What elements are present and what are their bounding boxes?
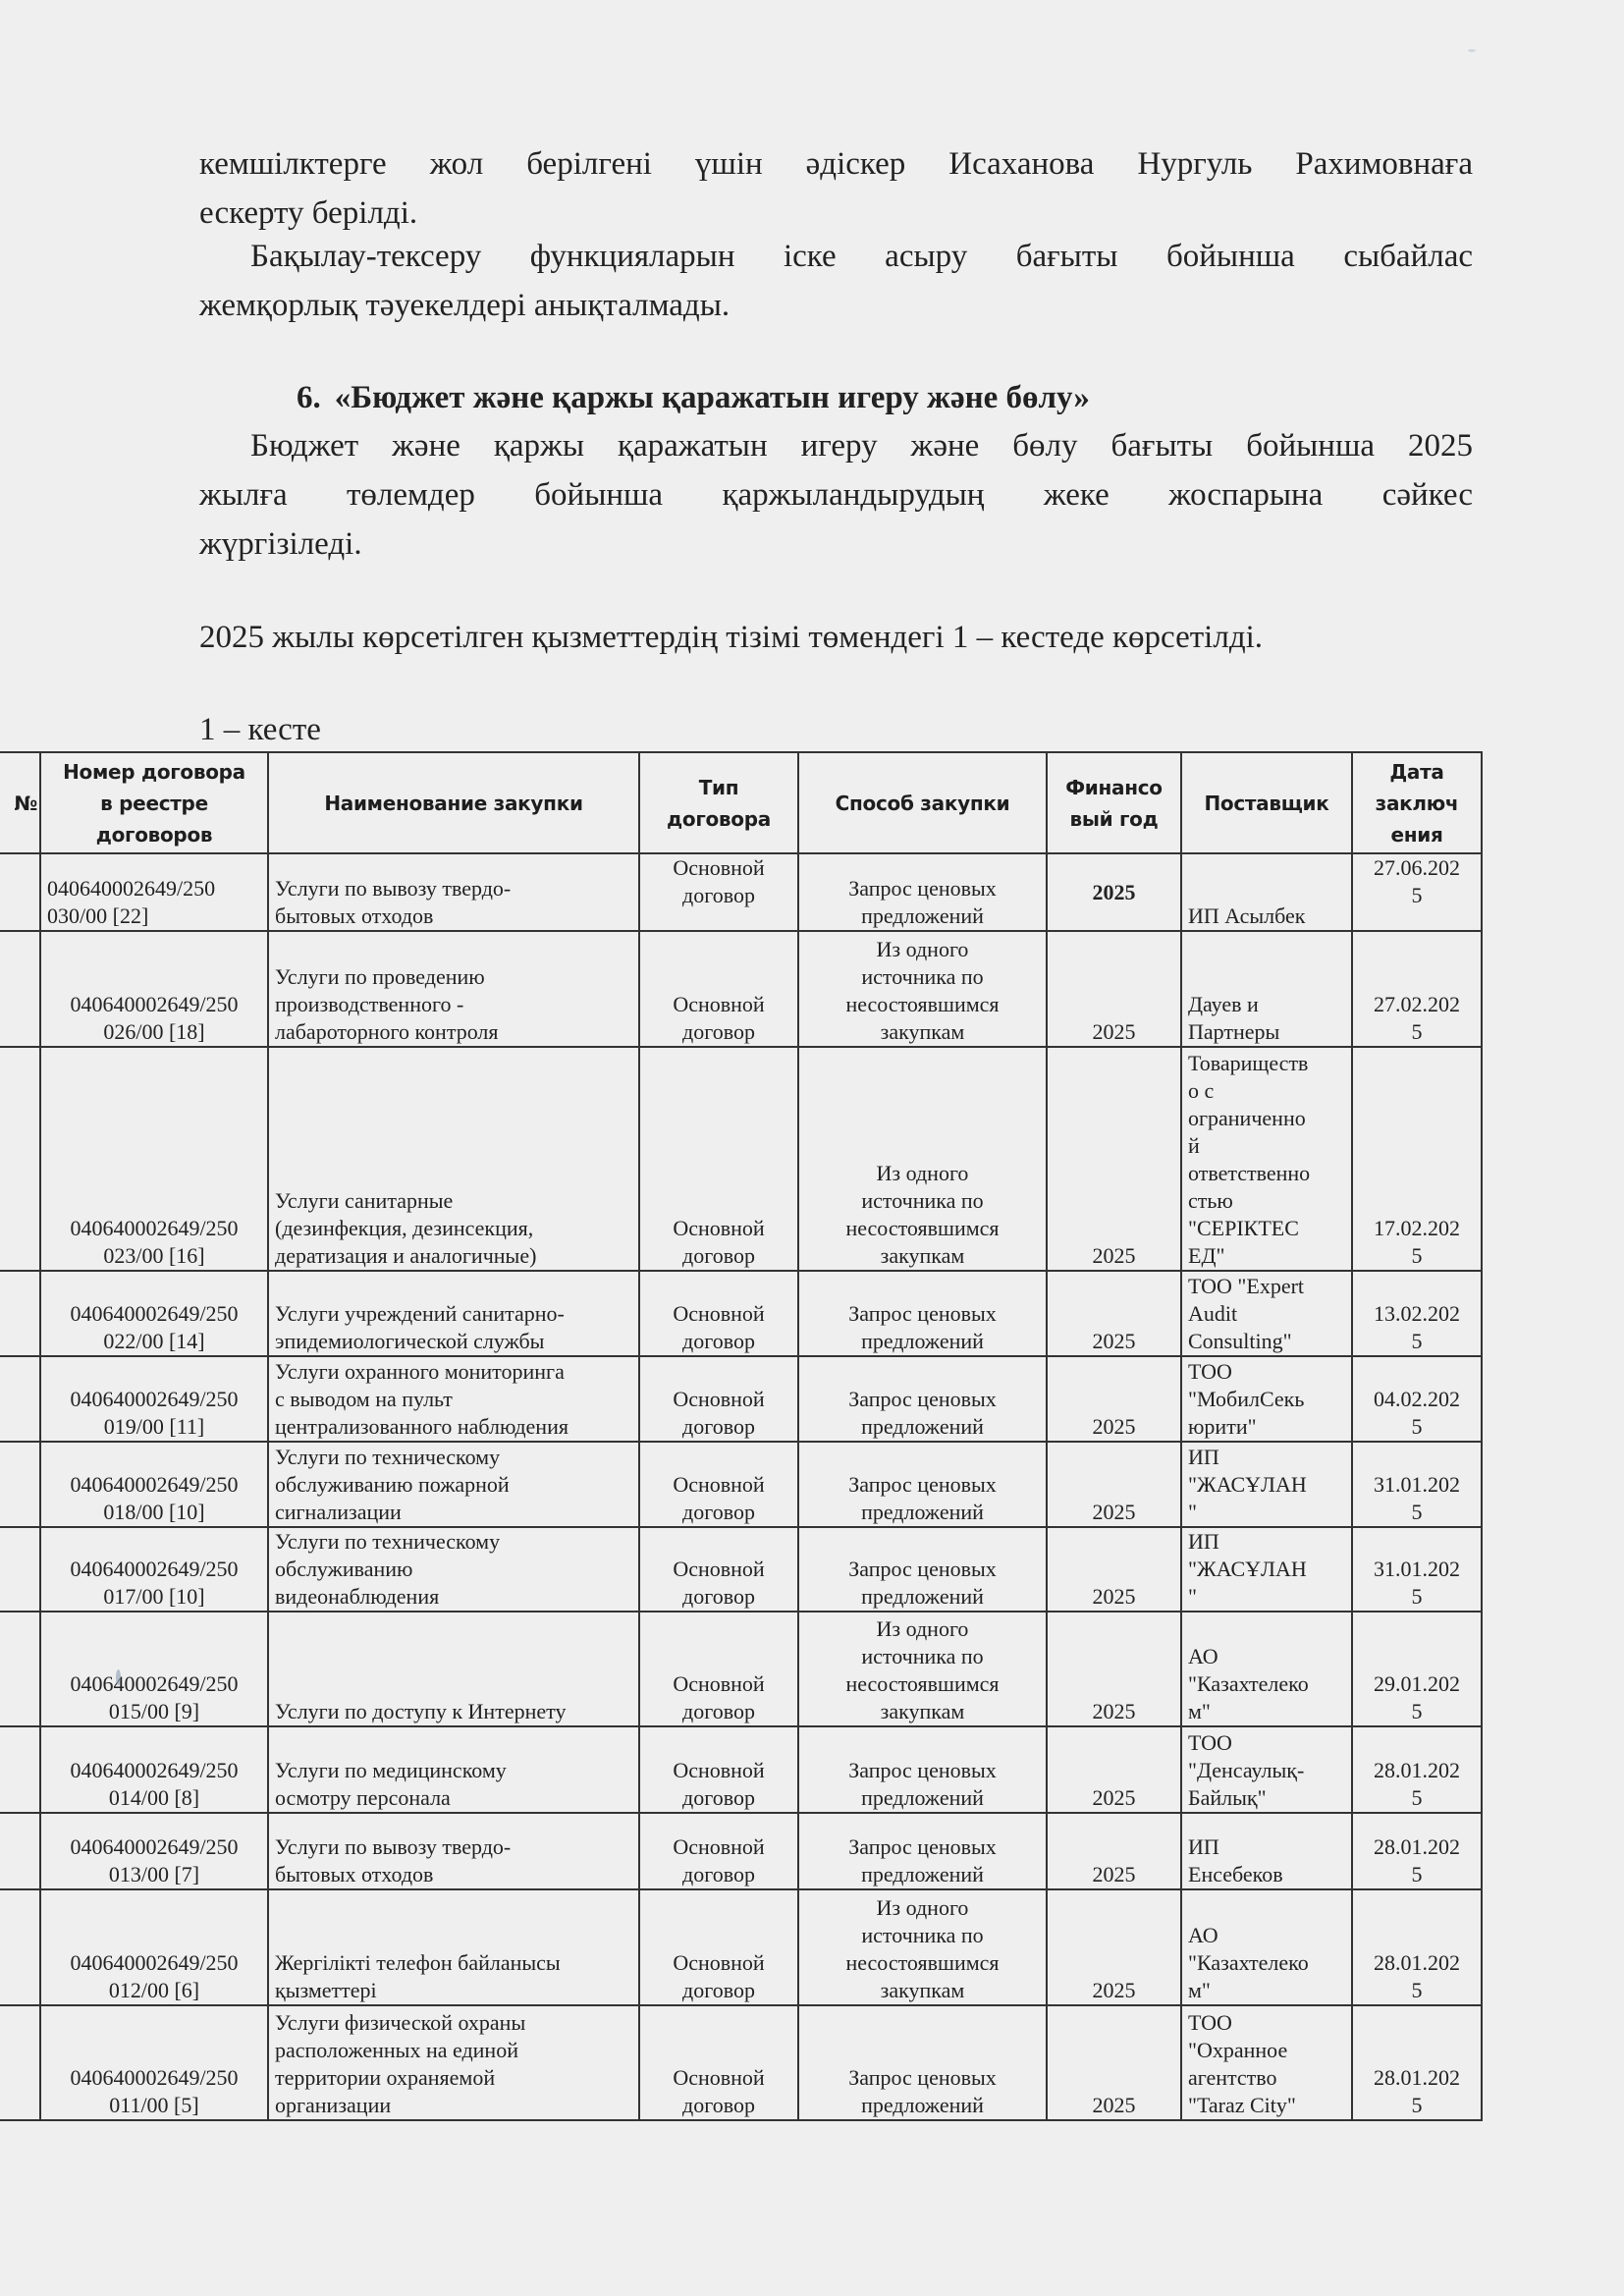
cell-purchase-name-text: организации xyxy=(275,2092,632,2119)
cell-purchase-method-text: несостоявшимся xyxy=(805,991,1040,1018)
header-fiscal-year: Финансовый год xyxy=(1047,752,1181,853)
cell-contract-number: 040640002649/250013/00 [7] xyxy=(40,1813,268,1889)
cell-purchase-name-text: лабароторного контроля xyxy=(275,1018,632,1046)
cell-supplier-text: ЕД" xyxy=(1188,1242,1345,1270)
cell-purchase-method-text: Из одного xyxy=(805,1894,1040,1922)
cell-contract-number: 040640002649/250026/00 [18] xyxy=(40,931,268,1047)
cell-purchase-method-text: закупкам xyxy=(805,1698,1040,1725)
header-line: Номер договора xyxy=(47,756,261,788)
header-purchase-name: Наименование закупки xyxy=(268,752,639,853)
cell-contract-type-text: договор xyxy=(646,882,791,909)
cell-contract-type-text: договор xyxy=(646,1583,791,1611)
header-line: вый год xyxy=(1054,803,1174,835)
cell-purchase-method-text: несостоявшимся xyxy=(805,1949,1040,1977)
cell-fiscal-year: 2025 xyxy=(1047,931,1181,1047)
cell-contract-number: 040640002649/250017/00 [10] xyxy=(40,1527,268,1612)
cell-conclusion-date-text: 5 xyxy=(1359,1698,1475,1725)
cell-purchase-method-text: источника по xyxy=(805,1187,1040,1215)
cell-conclusion-date-text: 5 xyxy=(1359,1861,1475,1888)
cell-purchase-name-text: бытовых отходов xyxy=(275,902,632,930)
cell-supplier-text: Товариществ xyxy=(1188,1050,1345,1077)
table-row: 040640002649/250022/00 [14]Услуги учрежд… xyxy=(0,1271,1482,1356)
cell-purchase-name: Услуги охранного мониторингас выводом на… xyxy=(268,1356,639,1442)
cell-supplier-text: стью xyxy=(1188,1187,1345,1215)
cell-purchase-name-text: Жергілікті телефон байланысы xyxy=(275,1949,632,1977)
cell-supplier-text: ИП Асылбек xyxy=(1188,902,1345,930)
cell-purchase-name-text: Услуги физической охраны xyxy=(275,2009,632,2037)
cell-purchase-name: Услуги санитарные(дезинфекция, дезинсекц… xyxy=(268,1047,639,1271)
cell-purchase-method: Запрос ценовыхпредложений xyxy=(798,1442,1047,1527)
cell-purchase-method-text: Запрос ценовых xyxy=(805,1471,1040,1499)
cell-contract-type: Основнойдоговор xyxy=(639,1442,798,1527)
cell-supplier-text: ТОО xyxy=(1188,1358,1345,1386)
cell-contract-type-text: договор xyxy=(646,1977,791,2004)
cell-contract-type-text: Основной xyxy=(646,1670,791,1698)
cell-no xyxy=(0,1813,40,1889)
cell-conclusion-date: 27.06.2025 xyxy=(1352,853,1482,931)
cell-purchase-method: Запрос ценовыхпредложений xyxy=(798,1527,1047,1612)
cell-contract-type: Основнойдоговор xyxy=(639,853,798,931)
cell-contract-number-text: 040640002649/250 xyxy=(47,991,261,1018)
cell-conclusion-date-text: 27.02.202 xyxy=(1359,991,1475,1018)
header-line: договора xyxy=(646,803,791,835)
section-title: «Бюджет және қаржы қаражатын игеру және … xyxy=(335,380,1090,415)
cell-purchase-name-text: Услуги по медицинскому xyxy=(275,1757,632,1784)
cell-supplier-text: Audit xyxy=(1188,1300,1345,1328)
cell-contract-type-text: Основной xyxy=(646,1386,791,1413)
cell-contract-number-text: 014/00 [8] xyxy=(47,1784,261,1812)
cell-conclusion-date-text: 27.06.202 xyxy=(1359,854,1475,882)
cell-purchase-method-text: несостоявшимся xyxy=(805,1215,1040,1242)
cell-contract-type-text: Основной xyxy=(646,1471,791,1499)
cell-conclusion-date-text: 29.01.202 xyxy=(1359,1670,1475,1698)
cell-no xyxy=(0,1047,40,1271)
header-line: договоров xyxy=(47,819,261,850)
cell-conclusion-date-text: 28.01.202 xyxy=(1359,1757,1475,1784)
cell-supplier: ТОО "ExpertAuditConsulting" xyxy=(1181,1271,1352,1356)
cell-purchase-name-text: видеонаблюдения xyxy=(275,1583,632,1611)
cell-conclusion-date-text: 28.01.202 xyxy=(1359,1833,1475,1861)
cell-purchase-method-text: несостоявшимся xyxy=(805,1670,1040,1698)
paragraph-budget-line-1: Бюджет және қаржы қаражатын игеру және б… xyxy=(199,421,1473,470)
cell-purchase-method: Запрос ценовыхпредложений xyxy=(798,1271,1047,1356)
cell-contract-type-text: договор xyxy=(646,1861,791,1888)
cell-fiscal-year: 2025 xyxy=(1047,1356,1181,1442)
cell-supplier-text: "Taraz City" xyxy=(1188,2092,1345,2119)
cell-contract-type-text: договор xyxy=(646,1784,791,1812)
cell-purchase-name: Жергілікті телефон байланысықызметтері xyxy=(268,1889,639,2005)
cell-contract-type-text: договор xyxy=(646,2092,791,2119)
cell-supplier: АО"Казахтелеком" xyxy=(1181,1889,1352,2005)
table-row: 040640002649/250030/00 [22]Услуги по выв… xyxy=(0,853,1482,931)
cell-contract-type: Основнойдоговор xyxy=(639,2005,798,2120)
cell-supplier: ТОО"Денсаулық-Байлық" xyxy=(1181,1726,1352,1813)
cell-purchase-name-text: Услуги по доступу к Интернету xyxy=(275,1698,632,1725)
cell-purchase-name: Услуги по техническомуобслуживаниювидеон… xyxy=(268,1527,639,1612)
cell-supplier-text: "СЕРІКТЕС xyxy=(1188,1215,1345,1242)
cell-conclusion-date-text: 5 xyxy=(1359,882,1475,909)
cell-purchase-name-text: с выводом на пульт xyxy=(275,1386,632,1413)
cell-purchase-name-text: обслуживанию пожарной xyxy=(275,1471,632,1499)
table-row: 040640002649/250018/00 [10]Услуги по тех… xyxy=(0,1442,1482,1527)
cell-supplier-text: Байлық" xyxy=(1188,1784,1345,1812)
cell-contract-type: Основнойдоговор xyxy=(639,1047,798,1271)
cell-purchase-method-text: Запрос ценовых xyxy=(805,2064,1040,2092)
cell-contract-type-text: договор xyxy=(646,1018,791,1046)
cell-conclusion-date-text: 04.02.202 xyxy=(1359,1386,1475,1413)
table-row: 040640002649/250019/00 [11]Услуги охранн… xyxy=(0,1356,1482,1442)
cell-conclusion-date: 28.01.2025 xyxy=(1352,1726,1482,1813)
cell-purchase-name-text: обслуживанию xyxy=(275,1556,632,1583)
table-row: 040640002649/250014/00 [8]Услуги по меди… xyxy=(0,1726,1482,1813)
table-row: 040640002649/250012/00 [6]Жергілікті тел… xyxy=(0,1889,1482,2005)
cell-conclusion-date: 28.01.2025 xyxy=(1352,1889,1482,2005)
header-line: в реестре xyxy=(47,788,261,819)
table-header-row: №Номер договорав реестредоговоровНаимено… xyxy=(0,752,1482,853)
cell-conclusion-date-text: 28.01.202 xyxy=(1359,1949,1475,1977)
cell-purchase-name-text: дератизация и аналогичные) xyxy=(275,1242,632,1270)
cell-purchase-method-text: Запрос ценовых xyxy=(805,1757,1040,1784)
cell-contract-type: Основнойдоговор xyxy=(639,1612,798,1726)
cell-contract-number: 040640002649/250012/00 [6] xyxy=(40,1889,268,2005)
cell-supplier: ИП"ЖАСҰЛАН" xyxy=(1181,1527,1352,1612)
cell-supplier-text: ТОО xyxy=(1188,2009,1345,2037)
cell-no xyxy=(0,1356,40,1442)
cell-conclusion-date-text: 5 xyxy=(1359,1242,1475,1270)
cell-fiscal-year: 2025 xyxy=(1047,1726,1181,1813)
cell-contract-type-text: Основной xyxy=(646,2064,791,2092)
cell-contract-number-text: 040640002649/250 xyxy=(47,1300,261,1328)
cell-contract-number-text: 040640002649/250 xyxy=(47,1471,261,1499)
cell-supplier: ИП"ЖАСҰЛАН" xyxy=(1181,1442,1352,1527)
cell-purchase-method: Из одногоисточника понесостоявшимсязакуп… xyxy=(798,931,1047,1047)
cell-contract-type: Основнойдоговор xyxy=(639,931,798,1047)
cell-contract-number-text: 011/00 [5] xyxy=(47,2092,261,2119)
cell-contract-number-text: 040640002649/250 xyxy=(47,1215,261,1242)
cell-supplier: ИП Асылбек xyxy=(1181,853,1352,931)
cell-fiscal-year-text: 2025 xyxy=(1054,1242,1174,1270)
cell-purchase-method: Запрос ценовыхпредложений xyxy=(798,2005,1047,2120)
cell-fiscal-year: 2025 xyxy=(1047,1612,1181,1726)
cell-contract-type-text: договор xyxy=(646,1413,791,1441)
cell-contract-type-text: договор xyxy=(646,1499,791,1526)
cell-contract-number: 040640002649/250023/00 [16] xyxy=(40,1047,268,1271)
cell-conclusion-date-text: 17.02.202 xyxy=(1359,1215,1475,1242)
cell-conclusion-date-text: 5 xyxy=(1359,2092,1475,2119)
cell-fiscal-year-text: 2025 xyxy=(1054,1328,1174,1355)
cell-contract-number: 040640002649/250030/00 [22] xyxy=(40,853,268,931)
cell-conclusion-date: 28.01.2025 xyxy=(1352,1813,1482,1889)
cell-purchase-name-text: Услуги санитарные xyxy=(275,1187,632,1215)
header-line: Способ закупки xyxy=(805,788,1040,819)
cell-fiscal-year-text: 2025 xyxy=(1054,1583,1174,1611)
cell-purchase-method-text: источника по xyxy=(805,1922,1040,1949)
cell-contract-type-text: Основной xyxy=(646,1556,791,1583)
cell-contract-type-text: Основной xyxy=(646,991,791,1018)
cell-conclusion-date-text: 5 xyxy=(1359,1583,1475,1611)
cell-purchase-method-text: Запрос ценовых xyxy=(805,1833,1040,1861)
cell-purchase-name-text: производственного - xyxy=(275,991,632,1018)
cell-supplier-text: "ЖАСҰЛАН xyxy=(1188,1556,1345,1583)
cell-no xyxy=(0,1271,40,1356)
cell-purchase-method-text: Из одного xyxy=(805,1615,1040,1643)
header-conclusion-date: Датазаключения xyxy=(1352,752,1482,853)
cell-supplier-text: й xyxy=(1188,1132,1345,1160)
header-contract-number: Номер договорав реестредоговоров xyxy=(40,752,268,853)
cell-contract-number-text: 040640002649/250 xyxy=(47,1670,261,1698)
cell-purchase-name-text: Услуги по проведению xyxy=(275,963,632,991)
cell-fiscal-year: 2025 xyxy=(1047,1813,1181,1889)
cell-supplier-text: "Казахтелеко xyxy=(1188,1670,1345,1698)
cell-purchase-method-text: Запрос ценовых xyxy=(805,875,1040,902)
cell-purchase-name: Услуги по вывозу твердо-бытовых отходов xyxy=(268,853,639,931)
cell-supplier: ИПЕнсебеков xyxy=(1181,1813,1352,1889)
cell-supplier-text: "Казахтелеко xyxy=(1188,1949,1345,1977)
cell-supplier-text: АО xyxy=(1188,1922,1345,1949)
cell-contract-number: 040640002649/250018/00 [10] xyxy=(40,1442,268,1527)
cell-purchase-name-text: қызметтері xyxy=(275,1977,632,2004)
cell-fiscal-year: 2025 xyxy=(1047,1442,1181,1527)
cell-purchase-name-text: Услуги по вывозу твердо- xyxy=(275,1833,632,1861)
cell-contract-number-text: 013/00 [7] xyxy=(47,1861,261,1888)
paragraph-risk-line-1: Бақылау-тексеру функцияларын іске асыру … xyxy=(199,232,1473,281)
cell-fiscal-year-text: 2025 xyxy=(1054,2092,1174,2119)
cell-contract-type: Основнойдоговор xyxy=(639,1813,798,1889)
header-line: Финансо xyxy=(1054,772,1174,803)
cell-purchase-method-text: закупкам xyxy=(805,1242,1040,1270)
cell-conclusion-date-text: 5 xyxy=(1359,1413,1475,1441)
cell-conclusion-date-text: 28.01.202 xyxy=(1359,2064,1475,2092)
cell-purchase-method-text: предложений xyxy=(805,1499,1040,1526)
cell-contract-number-text: 015/00 [9] xyxy=(47,1698,261,1725)
cell-purchase-method-text: Запрос ценовых xyxy=(805,1300,1040,1328)
cell-purchase-method-text: предложений xyxy=(805,1413,1040,1441)
cell-purchase-method-text: предложений xyxy=(805,1583,1040,1611)
cell-purchase-method-text: закупкам xyxy=(805,1018,1040,1046)
cell-conclusion-date-text: 31.01.202 xyxy=(1359,1556,1475,1583)
cell-supplier-text: Дауев и xyxy=(1188,991,1345,1018)
cell-contract-number-text: 040640002649/250 xyxy=(47,1386,261,1413)
cell-supplier: ТОО"МобилСекьюрити" xyxy=(1181,1356,1352,1442)
cell-supplier-text: юрити" xyxy=(1188,1413,1345,1441)
cell-supplier: ТОО"Охранноеагентство"Taraz City" xyxy=(1181,2005,1352,2120)
table-row: 040640002649/250011/00 [5]Услуги физичес… xyxy=(0,2005,1482,2120)
cell-purchase-name-text: расположенных на единой xyxy=(275,2037,632,2064)
cell-purchase-name: Услуги по медицинскомуосмотру персонала xyxy=(268,1726,639,1813)
cell-contract-type-text: договор xyxy=(646,1328,791,1355)
cell-contract-number-text: 040640002649/250 xyxy=(47,1833,261,1861)
cell-purchase-method-text: Из одного xyxy=(805,936,1040,963)
cell-fiscal-year-text: 2025 xyxy=(1054,1977,1174,2004)
cell-purchase-method-text: предложений xyxy=(805,1861,1040,1888)
cell-conclusion-date: 28.01.2025 xyxy=(1352,2005,1482,2120)
cell-contract-number: 040640002649/250019/00 [11] xyxy=(40,1356,268,1442)
cell-fiscal-year: 2025 xyxy=(1047,1047,1181,1271)
cell-contract-type: Основнойдоговор xyxy=(639,1726,798,1813)
cell-purchase-name-text: Услуги по техническому xyxy=(275,1444,632,1471)
cell-supplier-text: Consulting" xyxy=(1188,1328,1345,1355)
cell-supplier-text: АО xyxy=(1188,1643,1345,1670)
cell-contract-number-text: 040640002649/250 xyxy=(47,1757,261,1784)
cell-supplier-text: м" xyxy=(1188,1977,1345,2004)
cell-purchase-name: Услуги по вывозу твердо-бытовых отходов xyxy=(268,1813,639,1889)
cell-purchase-name-text: территории охраняемой xyxy=(275,2064,632,2092)
cell-supplier-text: "Охранное xyxy=(1188,2037,1345,2064)
cell-conclusion-date: 27.02.2025 xyxy=(1352,931,1482,1047)
cell-purchase-method-text: предложений xyxy=(805,902,1040,930)
cell-fiscal-year: 2025 xyxy=(1047,1889,1181,2005)
cell-supplier-text: " xyxy=(1188,1499,1345,1526)
cell-contract-type-text: Основной xyxy=(646,1833,791,1861)
cell-purchase-method: Из одногоисточника понесостоявшимсязакуп… xyxy=(798,1889,1047,2005)
cell-purchase-name: Услуги физической охранырасположенных на… xyxy=(268,2005,639,2120)
cell-purchase-name-text: Услуги по вывозу твердо- xyxy=(275,875,632,902)
cell-purchase-method-text: источника по xyxy=(805,1643,1040,1670)
table-row: 040640002649/250023/00 [16]Услуги санита… xyxy=(0,1047,1482,1271)
cell-conclusion-date: 17.02.2025 xyxy=(1352,1047,1482,1271)
cell-contract-number-text: 040640002649/250 xyxy=(47,2064,261,2092)
cell-supplier-text: ограниченно xyxy=(1188,1105,1345,1132)
cell-contract-type-text: Основной xyxy=(646,854,791,882)
cell-contract-number-text: 018/00 [10] xyxy=(47,1499,261,1526)
cell-purchase-name-text: Услуги охранного мониторинга xyxy=(275,1358,632,1386)
cell-supplier: Товарищество сограниченнойответственност… xyxy=(1181,1047,1352,1271)
cell-supplier: Дауев иПартнеры xyxy=(1181,931,1352,1047)
cell-conclusion-date-text: 13.02.202 xyxy=(1359,1300,1475,1328)
cell-purchase-method-text: предложений xyxy=(805,1784,1040,1812)
cell-contract-number: 040640002649/250022/00 [14] xyxy=(40,1271,268,1356)
cell-supplier-text: ТОО xyxy=(1188,1729,1345,1757)
cell-no xyxy=(0,1889,40,2005)
header-line: Поставщик xyxy=(1188,788,1345,819)
cell-contract-type: Основнойдоговор xyxy=(639,1889,798,2005)
cell-no xyxy=(0,1527,40,1612)
cell-supplier-text: "ЖАСҰЛАН xyxy=(1188,1471,1345,1499)
cell-supplier-text: ТОО "Expert xyxy=(1188,1273,1345,1300)
cell-purchase-name-text: сигнализации xyxy=(275,1499,632,1526)
cell-supplier-text: Енсебеков xyxy=(1188,1861,1345,1888)
cell-purchase-name: Услуги учреждений санитарно-эпидемиологи… xyxy=(268,1271,639,1356)
header-contract-type: Типдоговора xyxy=(639,752,798,853)
cell-contract-number-text: 012/00 [6] xyxy=(47,1977,261,2004)
table-row: 040640002649/250015/00 [9]Услуги по дост… xyxy=(0,1612,1482,1726)
cell-contract-type-text: договор xyxy=(646,1698,791,1725)
cell-conclusion-date: 04.02.2025 xyxy=(1352,1356,1482,1442)
cell-conclusion-date-text: 5 xyxy=(1359,1499,1475,1526)
cell-contract-number: 040640002649/250011/00 [5] xyxy=(40,2005,268,2120)
table-row: 040640002649/250026/00 [18]Услуги по про… xyxy=(0,931,1482,1047)
cell-fiscal-year-text: 2025 xyxy=(1054,879,1174,906)
contracts-table: №Номер договорав реестредоговоровНаимено… xyxy=(0,751,1483,2121)
cell-fiscal-year: 2025 xyxy=(1047,853,1181,931)
cell-no xyxy=(0,1726,40,1813)
cell-contract-type-text: Основной xyxy=(646,1757,791,1784)
cell-contract-type-text: договор xyxy=(646,1242,791,1270)
cell-contract-type-text: Основной xyxy=(646,1215,791,1242)
cell-conclusion-date-text: 5 xyxy=(1359,1018,1475,1046)
cell-fiscal-year: 2025 xyxy=(1047,2005,1181,2120)
cell-purchase-method-text: Запрос ценовых xyxy=(805,1556,1040,1583)
section-heading: 6.«Бюджет және қаржы қаражатын игеру жән… xyxy=(297,373,1090,422)
paragraph-top-line-2: ескерту берілді. xyxy=(199,189,1473,238)
header-line: Тип xyxy=(646,772,791,803)
cell-purchase-name-text: бытовых отходов xyxy=(275,1861,632,1888)
cell-contract-number-text: 040640002649/250 xyxy=(47,875,261,902)
cell-supplier-text: агентство xyxy=(1188,2064,1345,2092)
header-line: № xyxy=(0,788,37,819)
cell-purchase-method-text: предложений xyxy=(805,1328,1040,1355)
cell-purchase-method: Запрос ценовыхпредложений xyxy=(798,1813,1047,1889)
cell-conclusion-date-text: 5 xyxy=(1359,1328,1475,1355)
cell-supplier-text: ИП xyxy=(1188,1528,1345,1556)
cell-fiscal-year-text: 2025 xyxy=(1054,1698,1174,1725)
cell-contract-number-text: 026/00 [18] xyxy=(47,1018,261,1046)
cell-purchase-method-text: закупкам xyxy=(805,1977,1040,2004)
cell-purchase-name: Услуги по доступу к Интернету xyxy=(268,1612,639,1726)
cell-contract-type: Основнойдоговор xyxy=(639,1356,798,1442)
cell-contract-number-text: 030/00 [22] xyxy=(47,902,261,930)
table-row: 040640002649/250017/00 [10]Услуги по тех… xyxy=(0,1527,1482,1612)
cell-conclusion-date: 13.02.2025 xyxy=(1352,1271,1482,1356)
cell-conclusion-date-text: 5 xyxy=(1359,1977,1475,2004)
cell-supplier-text: о с xyxy=(1188,1077,1345,1105)
cell-contract-number-text: 040640002649/250 xyxy=(47,1949,261,1977)
cell-purchase-method: Запрос ценовыхпредложений xyxy=(798,853,1047,931)
cell-supplier: АО"Казахтелеком" xyxy=(1181,1612,1352,1726)
cell-no xyxy=(0,1442,40,1527)
cell-fiscal-year: 2025 xyxy=(1047,1271,1181,1356)
header-line: ения xyxy=(1359,819,1475,850)
cell-conclusion-date: 29.01.2025 xyxy=(1352,1612,1482,1726)
cell-supplier-text: ИП xyxy=(1188,1444,1345,1471)
cell-no xyxy=(0,853,40,931)
paragraph-list-intro: 2025 жылы көрсетілген қызметтердің тізім… xyxy=(199,613,1263,662)
cell-fiscal-year-text: 2025 xyxy=(1054,1784,1174,1812)
cell-fiscal-year: 2025 xyxy=(1047,1527,1181,1612)
paragraph-risk-line-2: жемқорлық тәуекелдері анықталмады. xyxy=(199,281,1473,330)
cell-purchase-method: Из одногоисточника понесостоявшимсязакуп… xyxy=(798,1047,1047,1271)
table-row: 040640002649/250013/00 [7]Услуги по выво… xyxy=(0,1813,1482,1889)
cell-supplier-text: "Денсаулық- xyxy=(1188,1757,1345,1784)
paragraph-top-line-1: кемшілктерге жол берілгені үшін әдіскер … xyxy=(199,139,1473,189)
cell-contract-number: 040640002649/250014/00 [8] xyxy=(40,1726,268,1813)
header-purchase-method: Способ закупки xyxy=(798,752,1047,853)
cell-supplier-text: ИП xyxy=(1188,1833,1345,1861)
cell-purchase-method: Из одногоисточника понесостоявшимсязакуп… xyxy=(798,1612,1047,1726)
cell-contract-number-text: 019/00 [11] xyxy=(47,1413,261,1441)
cell-purchase-name-text: эпидемиологической службы xyxy=(275,1328,632,1355)
cell-purchase-name: Услуги по техническомуобслуживанию пожар… xyxy=(268,1442,639,1527)
cell-purchase-method-text: источника по xyxy=(805,963,1040,991)
cell-supplier-text: Партнеры xyxy=(1188,1018,1345,1046)
paragraph-budget-line-2: жылға төлемдер бойынша қаржыландырудың ж… xyxy=(199,470,1473,519)
header-line: Наименование закупки xyxy=(275,788,632,819)
cell-purchase-method: Запрос ценовыхпредложений xyxy=(798,1356,1047,1442)
cell-fiscal-year-text: 2025 xyxy=(1054,1413,1174,1441)
section-number: 6. xyxy=(297,380,321,415)
cell-fiscal-year-text: 2025 xyxy=(1054,1861,1174,1888)
cell-purchase-method-text: Запрос ценовых xyxy=(805,1386,1040,1413)
scan-speck xyxy=(1468,49,1476,52)
cell-supplier-text: " xyxy=(1188,1583,1345,1611)
header-no: № xyxy=(0,752,40,853)
cell-contract-number-text: 040640002649/250 xyxy=(47,1556,261,1583)
cell-contract-number: 040640002649/250015/00 [9] xyxy=(40,1612,268,1726)
cell-fiscal-year-text: 2025 xyxy=(1054,1018,1174,1046)
cell-purchase-method: Запрос ценовыхпредложений xyxy=(798,1726,1047,1813)
cell-purchase-name-text: централизованного наблюдения xyxy=(275,1413,632,1441)
cell-no xyxy=(0,2005,40,2120)
